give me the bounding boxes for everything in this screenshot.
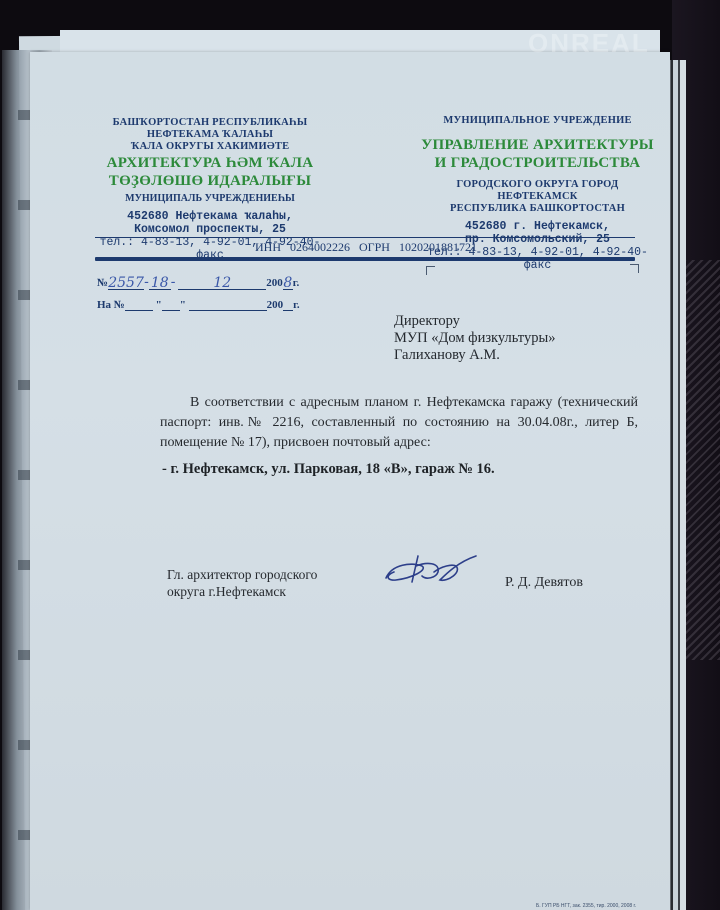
signer-position-line: округа г.Нефтекамск xyxy=(167,583,317,600)
address-line: Комсомол проспекты, 25 xyxy=(95,223,325,236)
inn: ИНН 0264002226 xyxy=(255,240,350,254)
handwritten-year-digit: 8 xyxy=(283,275,292,291)
handwritten-signature xyxy=(382,552,482,588)
addressee-block: Директору МУП «Дом физкультуры» Галихано… xyxy=(394,313,555,364)
inn-ogrn-line: ИНН 0264002226 ОГРН 1020201881721 xyxy=(255,240,477,255)
letterhead-right-org-name: И ГРАДОСТРОИТЕЛЬСТВА xyxy=(420,155,655,171)
printer-imprint: Б. ГУП РБ НГТ, зак. 2355, тир. 2000, 200… xyxy=(536,903,636,909)
letterhead-left-line: БАШҠОРТОСТАН РЕСПУБЛИКАҺЫ xyxy=(95,117,325,129)
letterhead-right-line: ГОРОДСКОГО ОКРУГА ГОРОД НЕФТЕКАМСК xyxy=(420,179,655,203)
handwritten-number-part: 18 xyxy=(151,275,169,291)
letterhead-right-line: РЕСПУБЛИКА БАШКОРТОСТАН xyxy=(420,203,655,215)
quote-mark: " xyxy=(180,299,186,311)
letterhead-left-org-name: ТӨҘӨЛӨШӨ ИДАРАЛЫҒЫ xyxy=(95,173,325,189)
handwritten-number-part: 2557 xyxy=(108,275,144,291)
letterhead-left-line: ҠАЛА ОКРУГЫ ХАКИМИӘТЕ xyxy=(95,141,325,153)
ogrn: ОГРН 1020201881721 xyxy=(359,240,477,254)
outgoing-number-line: №2557-18- 122008г. xyxy=(97,274,299,290)
signer-name: Р. Д. Девятов xyxy=(505,575,583,591)
letterhead-divider-thick xyxy=(95,257,635,261)
handwritten-date: 12 xyxy=(213,275,231,291)
year-prefix: 200 xyxy=(266,277,283,289)
background-map-print xyxy=(684,260,720,660)
assigned-address: - г. Нефтекамск, ул. Парковая, 18 «В», г… xyxy=(162,461,495,478)
signer-position: Гл. архитектор городского округа г.Нефте… xyxy=(167,566,317,600)
letterhead-right-org-type: МУНИЦИПАЛЬНОЕ УЧРЕЖДЕНИЕ xyxy=(420,115,655,127)
addressee-title: Директору xyxy=(394,313,555,330)
reply-number-line: На № "" 200г. xyxy=(97,296,300,311)
letterhead-right-org-name: УПРАВЛЕНИЕ АРХИТЕКТУРЫ xyxy=(420,137,655,153)
letterhead-divider-thin xyxy=(95,237,635,238)
address-field-corner-left xyxy=(426,266,435,275)
reply-label: На № xyxy=(97,299,125,311)
watermark-logo: ONREAL xyxy=(528,28,650,59)
address-field-corner-right xyxy=(630,264,639,273)
signer-position-line: Гл. архитектор городского xyxy=(167,566,317,583)
paper-stack-right-edges xyxy=(668,60,686,910)
year-suffix: г. xyxy=(293,299,300,311)
number-label: № xyxy=(97,277,108,289)
address-line: 452680 г. Нефтекамск, xyxy=(420,220,655,233)
addressee-organization: МУП «Дом физкультуры» xyxy=(394,330,555,347)
addressee-name: Галиханову А.М. xyxy=(394,347,555,364)
address-line: 452680 Нефтекама ҡалаһы, xyxy=(95,210,325,223)
letterhead-left-org-type: МУНИЦИПАЛЬ УЧРЕЖДЕНИЕҺЫ xyxy=(95,193,325,205)
letterhead-left-org-name: АРХИТЕКТУРА ҺӘМ ҠАЛА xyxy=(95,155,325,171)
letterhead-left-line: НЕФТЕКАМА ҠАЛАҺЫ xyxy=(95,129,325,141)
letter-body-paragraph: В соответствии с адресным планом г. Нефт… xyxy=(160,393,638,453)
year-prefix: 200 xyxy=(267,299,284,311)
year-suffix: г. xyxy=(293,277,300,289)
